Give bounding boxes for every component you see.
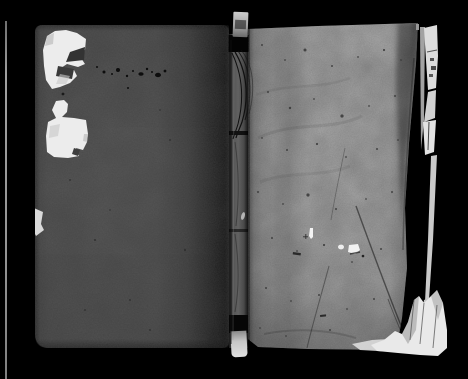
spine-stitch-lower <box>229 229 248 232</box>
spine-tab-top <box>233 12 249 38</box>
fore-edge-strip-bottom <box>416 298 429 342</box>
front-cover-board <box>35 25 229 348</box>
spine-gap <box>228 35 249 52</box>
scan-frame-line <box>5 21 7 379</box>
fore-edge-fragment-mid <box>423 90 436 155</box>
right-endpaper-page <box>248 23 418 350</box>
fore-edge-strip <box>420 27 425 150</box>
book-photograph <box>0 0 468 379</box>
spine-stitch-upper <box>229 131 248 135</box>
spine-strip <box>229 34 248 348</box>
fore-edge-strip-lower <box>425 155 437 302</box>
fore-edge-fragment-top <box>424 25 438 90</box>
spine-tab-smudge <box>235 20 246 29</box>
spine-tab-bottom <box>230 331 247 358</box>
